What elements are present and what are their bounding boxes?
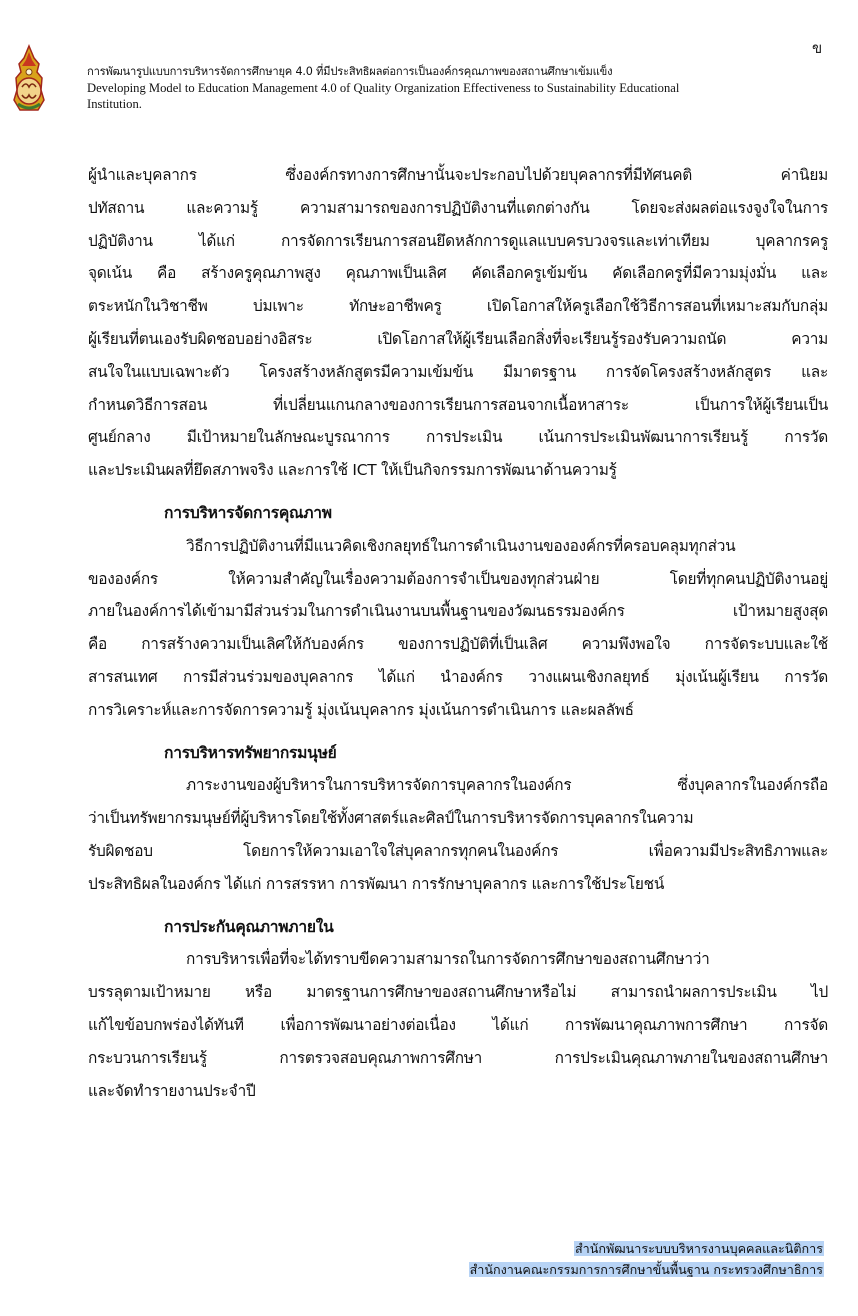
text-line: กำหนดวิธีการสอน ที่เปลี่ยนแกนกลางของการเ…: [88, 389, 828, 422]
section-human-resources: การบริหารทรัพยากรมนุษย์ ภาระงานของผู้บริ…: [88, 737, 828, 901]
text-line: ศูนย์กลาง มีเป้าหมายในลักษณะบูรณาการ การ…: [88, 421, 828, 454]
header-title-thai: การพัฒนารูปแบบการบริหารจัดการศึกษายุค 4.…: [87, 64, 787, 80]
section-paragraph: วิธีการปฏิบัติงานที่มีแนวคิดเชิงกลยุทธ์ใ…: [88, 530, 828, 727]
text-line: ขององค์กร ให้ความสำคัญในเรื่องความต้องกา…: [88, 563, 828, 596]
text-line: ประสิทธิผลในองค์กร ได้แก่ การสรรหา การพั…: [88, 868, 828, 901]
document-footer: สำนักพัฒนาระบบบริหารงานบุคคลและนิติการ ส…: [469, 1238, 824, 1280]
text-line: ปทัสถาน และความรู้ ความสามารถของการปฏิบั…: [88, 192, 828, 225]
text-line: ภายในองค์การได้เข้ามามีส่วนร่วมในการดำเน…: [88, 595, 828, 628]
header-title-english-cont: Institution.: [87, 96, 787, 112]
text-line: กระบวนการเรียนรู้ การตรวจสอบคุณภาพการศึก…: [88, 1042, 828, 1075]
text-line: จุดเน้น คือ สร้างครูคุณภาพสูง คุณภาพเป็น…: [88, 257, 828, 290]
section-heading: การประกันคุณภาพภายใน: [88, 911, 828, 944]
text-line: ผู้เรียนที่ตนเองรับผิดชอบอย่างอิสระ เปิด…: [88, 323, 828, 356]
header-title-english: Developing Model to Education Management…: [87, 80, 787, 96]
text-line: แก้ไขข้อบกพร่องได้ทันที เพื่อการพัฒนาอย่…: [88, 1009, 828, 1042]
section-heading: การบริหารทรัพยากรมนุษย์: [88, 737, 828, 770]
footer-agency-name: สำนักงานคณะกรรมการการศึกษาขั้นพื้นฐาน กร…: [469, 1262, 824, 1277]
text-line: ภาระงานของผู้บริหารในการบริหารจัดการบุคล…: [88, 769, 828, 802]
text-line: สารสนเทศ การมีส่วนร่วมของบุคลากร ได้แก่ …: [88, 661, 828, 694]
text-line: คือ การสร้างความเป็นเลิศให้กับองค์กร ของ…: [88, 628, 828, 661]
text-line: ว่าเป็นทรัพยากรมนุษย์ที่ผู้บริหารโดยใช้ท…: [88, 802, 828, 835]
section-internal-quality-assurance: การประกันคุณภาพภายใน การบริหารเพื่อที่จะ…: [88, 911, 828, 1108]
section-heading: การบริหารจัดการคุณภาพ: [88, 497, 828, 530]
page-number: ข: [812, 36, 822, 60]
text-line: วิธีการปฏิบัติงานที่มีแนวคิดเชิงกลยุทธ์ใ…: [88, 530, 828, 563]
document-header: การพัฒนารูปแบบการบริหารจัดการศึกษายุค 4.…: [87, 64, 787, 112]
footer-office-name: สำนักพัฒนาระบบบริหารงานบุคคลและนิติการ: [574, 1241, 824, 1256]
text-line: ผู้นำและบุคลากร ซึ่งองค์กรทางการศึกษานั้…: [88, 159, 828, 192]
obec-emblem-icon: [12, 44, 46, 114]
text-line: สนใจในแบบเฉพาะตัว โครงสร้างหลักสูตรมีควา…: [88, 356, 828, 389]
intro-paragraph: ผู้นำและบุคลากร ซึ่งองค์กรทางการศึกษานั้…: [88, 159, 828, 487]
section-paragraph: การบริหารเพื่อที่จะได้ทราบขีดความสามารถใ…: [88, 943, 828, 1107]
text-line: ปฏิบัติงาน ได้แก่ การจัดการเรียนการสอนยึ…: [88, 225, 828, 258]
text-line: และจัดทำรายงานประจำปี: [88, 1075, 828, 1108]
section-quality-management: การบริหารจัดการคุณภาพ วิธีการปฏิบัติงานท…: [88, 497, 828, 727]
text-line: การวิเคราะห์และการจัดการความรู้ มุ่งเน้น…: [88, 694, 828, 727]
text-line: บรรลุตามเป้าหมาย หรือ มาตรฐานการศึกษาของ…: [88, 976, 828, 1009]
section-paragraph: ภาระงานของผู้บริหารในการบริหารจัดการบุคล…: [88, 769, 828, 900]
text-line: การบริหารเพื่อที่จะได้ทราบขีดความสามารถใ…: [88, 943, 828, 976]
text-line: รับผิดชอบ โดยการให้ความเอาใจใส่บุคลากรทุ…: [88, 835, 828, 868]
text-line: ตระหนักในวิชาชีพ บ่มเพาะ ทักษะอาชีพครู เ…: [88, 290, 828, 323]
text-line: และประเมินผลที่ยึดสภาพจริง และการใช้ ICT…: [88, 454, 828, 487]
document-body: ผู้นำและบุคลากร ซึ่งองค์กรทางการศึกษานั้…: [88, 159, 828, 1107]
